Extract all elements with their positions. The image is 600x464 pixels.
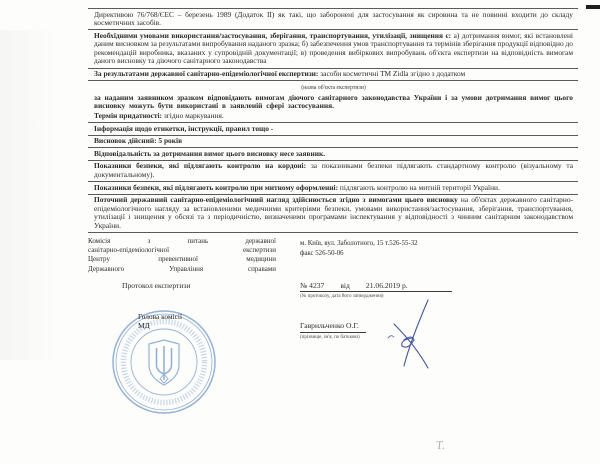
commission-block: Комісія з питань державної санітарно-епі… [88, 237, 276, 274]
shelf-life-line: Термін придатності: згідно маркування. [94, 112, 573, 121]
address-line1: м. Київ, вул. Заболотного, 15 т.526-55-3… [300, 239, 578, 249]
shelf-life-label: Термін придатності: [94, 111, 162, 120]
compliance-paragraph: за наданим заявником зразком відповідают… [94, 94, 573, 111]
validity-value: 5 років [158, 136, 182, 145]
validity-label: Висновок дійсний: [94, 136, 157, 145]
protocol-number: № 4237 [300, 282, 324, 291]
chairman-line1: Голова комісії [138, 312, 182, 321]
commission-line: Державного Управління справами [88, 265, 276, 274]
address-block: м. Київ, вул. Заболотного, 15 т.526-55-3… [300, 237, 578, 274]
customs-control-label: Показники безпеки, які підлягають контро… [94, 183, 338, 192]
protocol-row: Протокол експертизи № 4237 від 21.06.201… [88, 282, 578, 302]
row-label-info: Інформація щодо етикетки, інструкції, пр… [88, 123, 578, 136]
signer-name: Гаврильченко О.Г. [300, 322, 366, 333]
signature-row: Голова комісії МД Гаврильченко О.Г. (прі… [88, 306, 578, 434]
responsibility-text: Відповідальність за дотримання вимог цьо… [94, 149, 325, 158]
object-caption: (назва об'єкта експертизи) [94, 83, 573, 93]
handwritten-mark: Т. [435, 438, 445, 454]
scan-smudge [0, 30, 70, 360]
protocol-date-prefix: від [340, 282, 350, 291]
customs-control-value: підлягають контролю на митній території … [340, 183, 500, 192]
row-border-control: Показники безпеки, які підлягають контро… [88, 161, 578, 182]
scanned-document: Директивою 76/768/ЄЕС – березень 1989 (Д… [88, 8, 578, 434]
commission-line: санітарно-епідеміологічної експертизи [88, 246, 276, 255]
row-conditions: Необхідними умовами використання/застосу… [88, 30, 578, 68]
protocol-number-line: № 4237 від 21.06.2019 р. [300, 282, 452, 293]
row-customs-control: Показники безпеки, які підлягають контро… [88, 182, 578, 195]
commission-line: Центру превентивної медицини [88, 255, 276, 264]
row-validity: Висновок дійсний: 5 років [88, 136, 578, 149]
commission-line: Комісія з питань державної [88, 237, 276, 246]
signer-cell: Гаврильченко О.Г. (прізвище, ім'я, по ба… [300, 306, 578, 434]
directive-text: Директивою 76/768/ЄЕС – березень 1989 (Д… [94, 10, 573, 28]
row-directive: Директивою 76/768/ЄЕС – березень 1989 (Д… [88, 9, 578, 30]
row-supervision: Поточний державний санітарно-епідеміолог… [88, 195, 578, 233]
chairman-line2: МД [138, 321, 182, 330]
expertise-table: Директивою 76/768/ЄЕС – березень 1989 (Д… [88, 8, 578, 233]
address-line2: факс 526-50-06 [300, 249, 578, 259]
results-value: засоби косметичні ТМ Zidla згідно з дода… [320, 69, 465, 78]
protocol-label: Протокол експертизи [122, 282, 300, 302]
label-info-text: Інформація щодо етикетки, інструкції, пр… [94, 124, 273, 133]
results-label: За результатами державної санітарно-епід… [94, 69, 318, 78]
chairman-label: Голова комісії МД [138, 312, 182, 330]
footer-identity-row: Комісія з питань державної санітарно-епі… [88, 237, 578, 274]
shelf-life-value: згідно маркування. [164, 111, 224, 120]
stamp-cell: Голова комісії МД [88, 306, 300, 434]
row-responsibility: Відповідальність за дотримання вимог цьо… [88, 148, 578, 161]
row-object-block: (назва об'єкта експертизи) за наданим за… [88, 81, 578, 123]
row-results: За результатами державної санітарно-епід… [88, 69, 578, 82]
signature-handwriting [384, 296, 448, 372]
scan-artifact-dash [586, 5, 600, 9]
protocol-date: 21.06.2019 р. [366, 282, 408, 291]
